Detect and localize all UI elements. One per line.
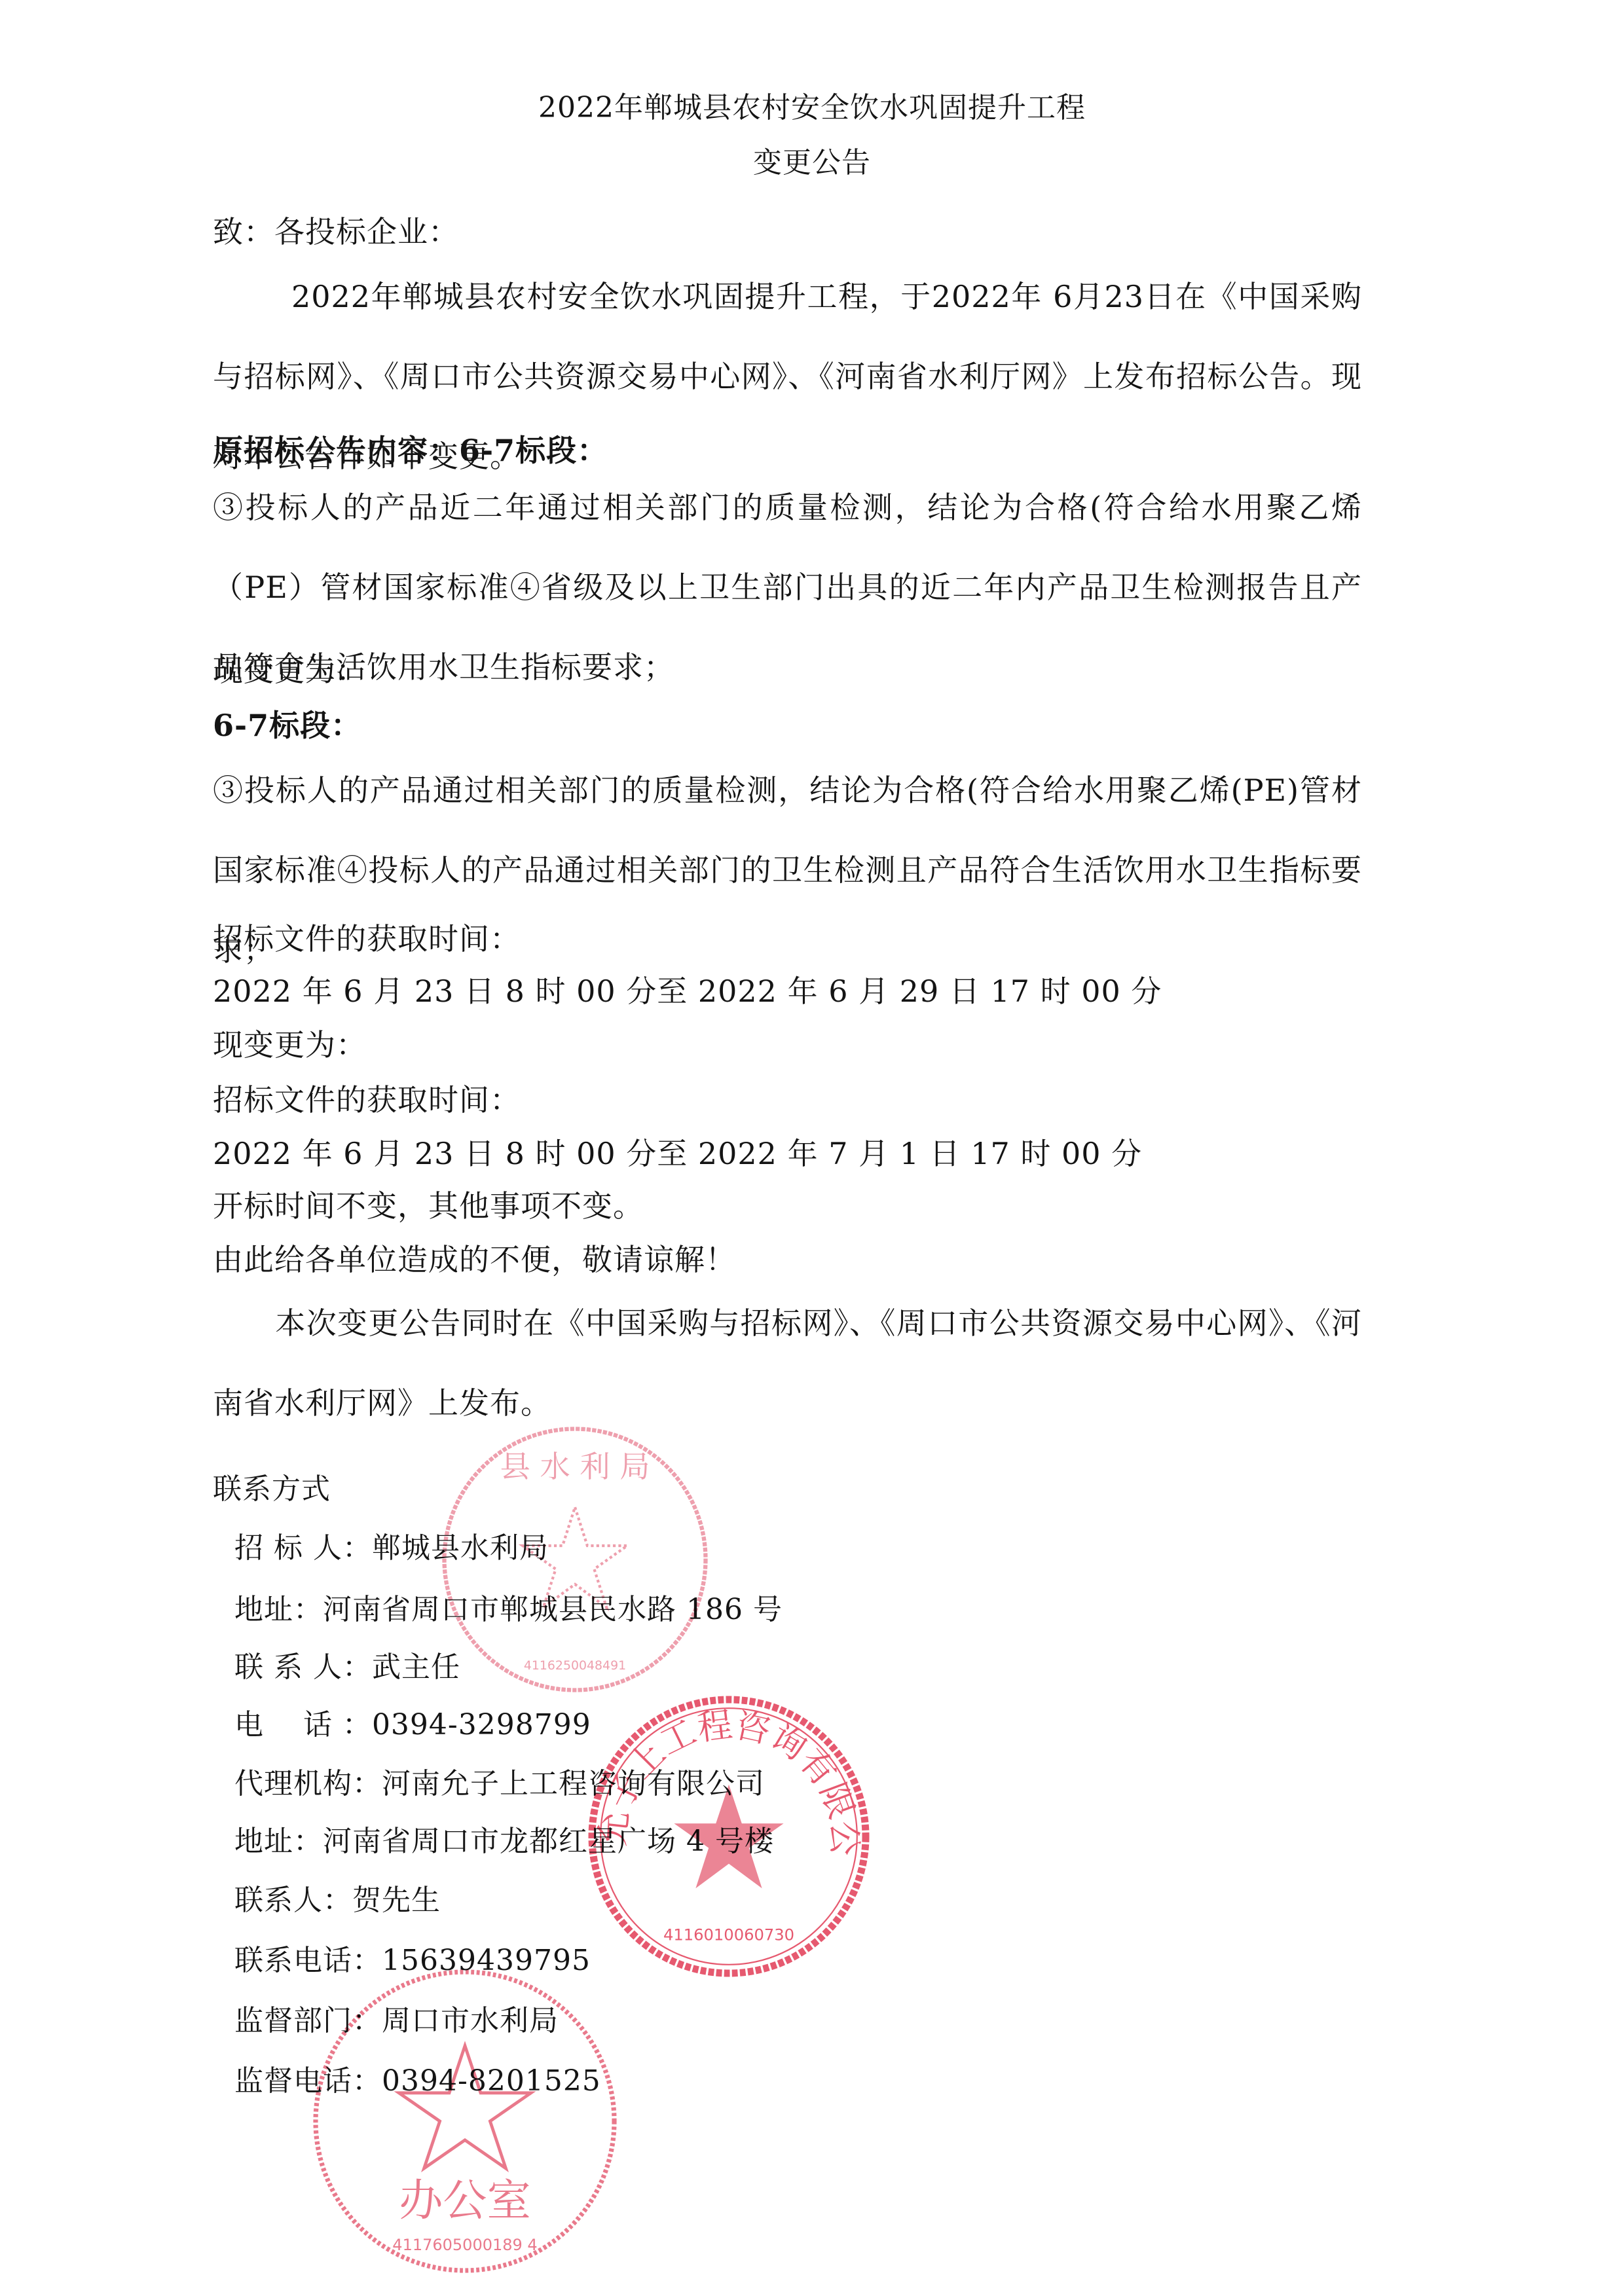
contact-value: 周口市水利局 <box>382 2004 559 2037</box>
contact-value: 郸城县水利局 <box>372 1531 549 1565</box>
svg-text:4117605000189 4: 4117605000189 4 <box>392 2236 537 2254</box>
contact-label: 地址： <box>234 1593 323 1626</box>
contact-value: 河南允子上工程咨询有限公司 <box>382 1767 765 1800</box>
original-clause: ③投标人的产品近二年通过相关部门的质量检测，结论为合格(符合给水用聚乙烯（PE）… <box>213 467 1362 707</box>
contact-label: 电 话 ： <box>234 1708 372 1741</box>
contact-row-tenderer-person: 联 系 人：武主任 <box>234 1643 460 1685</box>
contact-value: 15639439795 <box>382 1944 591 1977</box>
doc-time-label-1: 招标文件的获取时间： <box>213 915 521 958</box>
contact-row-tenderer-phone: 电 话 ：0394-3298799 <box>234 1701 591 1743</box>
doc-time-new: 2022 年 6 月 23 日 8 时 00 分至 2022 年 7 月 1 日… <box>213 1130 1142 1173</box>
announcement-page: 2022年郸城县农村安全饮水巩固提升工程 变更公告 致：各投标企业： 2022年… <box>0 0 1624 2296</box>
contact-label: 代理机构： <box>234 1767 382 1800</box>
original-heading: 原招标公告内容：6-7标段： <box>213 427 608 470</box>
contact-value: 武主任 <box>372 1650 460 1684</box>
unchanged-note: 开标时间不变，其他事项不变。 <box>213 1182 644 1226</box>
contact-label: 联系人： <box>234 1884 352 1917</box>
doc-time-label-2: 招标文件的获取时间： <box>213 1076 521 1120</box>
document-subtitle: 变更公告 <box>0 139 1624 181</box>
doc-time-original: 2022 年 6 月 23 日 8 时 00 分至 2022 年 6 月 29 … <box>213 968 1162 1011</box>
contact-row-tenderer: 招 标 人：郸城县水利局 <box>234 1524 549 1566</box>
contact-label: 招 标 人： <box>234 1531 372 1565</box>
document-title: 2022年郸城县农村安全饮水巩固提升工程 <box>0 84 1624 126</box>
svg-text:4116250048491: 4116250048491 <box>524 1658 626 1673</box>
contact-row-agency-address: 地址：河南省周口市龙都红星广场 4 号楼 <box>234 1817 774 1859</box>
contact-value: 河南省周口市龙都红星广场 4 号楼 <box>323 1825 774 1858</box>
svg-text:4116010060730: 4116010060730 <box>663 1925 794 1944</box>
contact-row-agency: 代理机构：河南允子上工程咨询有限公司 <box>234 1760 765 1802</box>
publish-note-text: 本次变更公告同时在《中国采购与招标网》、《周口市公共资源交易中心网》、《河南省水… <box>213 1305 1362 1421</box>
apology: 由此给各单位造成的不便，敬请谅解！ <box>213 1236 736 1279</box>
contact-heading: 联系方式 <box>213 1465 331 1507</box>
contact-label: 联 系 人： <box>234 1650 372 1684</box>
contact-label: 监督电话： <box>234 2064 382 2098</box>
contact-row-supervisor-phone: 监督电话：0394-8201525 <box>234 2057 601 2099</box>
new-section-heading: 6-7标段： <box>213 702 361 745</box>
contact-row-tenderer-address: 地址：河南省周口市郸城县民水路 186 号 <box>234 1586 783 1628</box>
svg-text:办公室: 办公室 <box>399 2175 531 2226</box>
contact-value: 河南省周口市郸城县民水路 186 号 <box>323 1593 783 1626</box>
changed-to-label-1: 现变更为： <box>213 647 367 690</box>
contact-value: 0394-3298799 <box>372 1708 591 1741</box>
publish-note: 本次变更公告同时在《中国采购与招标网》、《周口市公共资源交易中心网》、《河南省水… <box>213 1283 1362 1443</box>
contact-value: 贺先生 <box>352 1884 441 1917</box>
contact-label: 监督部门： <box>234 2004 382 2037</box>
contact-row-agency-person: 联系人：贺先生 <box>234 1876 441 1918</box>
contact-value: 0394-8201525 <box>382 2064 601 2098</box>
contact-label: 地址： <box>234 1825 323 1858</box>
svg-text:县 水 利 局: 县 水 利 局 <box>500 1449 650 1484</box>
contact-row-agency-phone: 联系电话：15639439795 <box>234 1937 591 1978</box>
contact-label: 联系电话： <box>234 1944 382 1977</box>
contact-row-supervisor: 监督部门：周口市水利局 <box>234 1997 559 2039</box>
changed-to-label-2: 现变更为： <box>213 1021 367 1065</box>
salutation: 致：各投标企业： <box>213 208 459 251</box>
